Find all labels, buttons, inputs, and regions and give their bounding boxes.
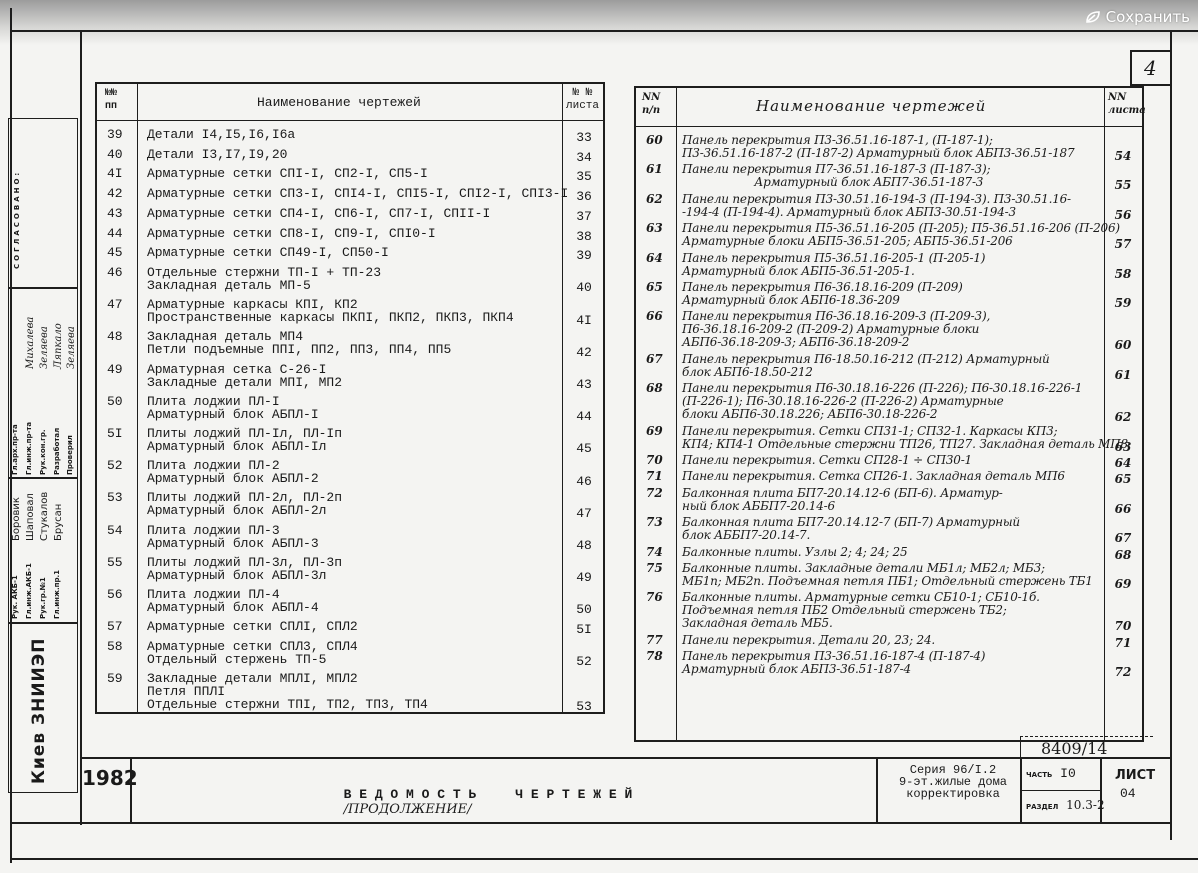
drawing-name-line: Закладная деталь МБ5.	[682, 617, 1040, 630]
sheet-number: 61	[1108, 369, 1138, 382]
drawing-name-line: Плита лоджии ПЛ-4	[147, 588, 319, 601]
drawing-name-line: Арматурные сетки СПI-I, СП2-I, СП5-I	[147, 167, 428, 180]
drawing-name: Плита лоджии ПЛ-3Арматурный блок АБПЛ-3	[147, 524, 319, 550]
drawing-name-line: блок АБП6-18.50-212	[682, 366, 1050, 379]
sheet-number: 65	[1108, 473, 1138, 486]
drawing-name: Плиты лоджий ПЛ-2л, ПЛ-2пАрматурный блок…	[147, 491, 342, 517]
drawing-name-line: Арматурные сетки СП8-I, СП9-I, СПI0-I	[147, 227, 436, 240]
row-number: 60	[646, 134, 663, 147]
row-number: 75	[646, 562, 663, 575]
sheet-value: 04	[1120, 786, 1136, 801]
sheet-corner-box: 4	[1130, 50, 1172, 86]
sheet-number: 62	[1108, 411, 1138, 424]
header-no: №№ пп	[105, 87, 117, 113]
drawing-name-line: ный блок АББП7-20.14-6	[682, 500, 1003, 513]
viewer-top-shade	[0, 0, 1198, 45]
row-number: 66	[646, 310, 663, 323]
sheet-number: 56	[1108, 209, 1138, 222]
drawing-name-line: Панель перекрытия П6-18.50.16-212 (П-212…	[682, 353, 1050, 366]
section-label: РАЗДЕЛ	[1026, 803, 1058, 811]
drawing-name-line: Отдельные стержни ТП-I + ТП-23	[147, 266, 381, 279]
sheet-number: 54	[1108, 150, 1138, 163]
drawing-name-line: Арматурные блоки АБП5-36.51-205; АБП5-36…	[682, 235, 1120, 248]
role-b-1: Гл.инж.пр-та	[25, 422, 33, 475]
drawing-name-line: Арматурный блок АБПЛ-3л	[147, 569, 342, 582]
part-cell: ЧАСТЬ I0	[1026, 766, 1076, 781]
row-number: 71	[646, 470, 663, 483]
divider	[876, 757, 878, 824]
row-number: 67	[646, 353, 663, 366]
sheet-number: 57	[1108, 238, 1138, 251]
row-number: 40	[107, 148, 123, 161]
header-sheet: NN листа	[1108, 91, 1146, 117]
sheet-number: 44	[569, 410, 599, 423]
drawing-name-line: Плита лоджии ПЛ-3	[147, 524, 319, 537]
drawing-name-line: Детали I3,I7,I9,20	[147, 148, 287, 161]
drawing-name-line: Закладные детали МПI, МП2	[147, 376, 342, 389]
sheet-number: 70	[1108, 620, 1138, 633]
drawing-name: Детали I4,I5,I6,I6a	[147, 128, 295, 141]
row-number: 46	[107, 266, 123, 279]
role-a-0: Рук. АКБ-1	[11, 575, 19, 619]
organization-cell: Киев ЗНИИЭП	[8, 623, 78, 793]
header-no: NN п/п	[642, 91, 660, 117]
sheet-number: 55	[1108, 179, 1138, 192]
drawing-name: Арматурные сетки СП49-I, СП50-I	[147, 246, 389, 259]
drawing-name: Панель перекрытия П3-36.51.16-187-4 (П-1…	[682, 650, 985, 676]
drawing-name: Арматурные сетки СПЛI, СПЛ2	[147, 620, 358, 633]
drawing-name-line: Арматурный блок АБПЛ-2	[147, 472, 319, 485]
role-b-3: Разработал	[53, 428, 61, 475]
drawing-name: Арматурные сетки СПЛ3, СПЛ4Отдельный сте…	[147, 640, 358, 666]
drawing-name: Плита лоджии ПЛ-IАрматурный блок АБПЛ-I	[147, 395, 319, 421]
agreed-label: СОГЛАСОВАНО:	[13, 170, 21, 269]
role-a-2: Рук.гр.№1	[39, 577, 47, 619]
drawing-name: Панели перекрытия. Сетка СП26-1. Закладн…	[682, 470, 1065, 483]
drawing-name-line: -194-4 (П-194-4). Арматурный блок АБП3-3…	[682, 206, 1071, 219]
drawing-name-line: Балконная плита БП7-20.14.12-6 (БП-6). А…	[682, 487, 1003, 500]
row-number: 44	[107, 227, 123, 240]
left-table-header: №№ пп Наименование чертежей № № листа	[97, 84, 603, 121]
row-number: 73	[646, 516, 663, 529]
drawing-name: Арматурные сетки СПI-I, СП2-I, СП5-I	[147, 167, 428, 180]
drawings-table-left: №№ пп Наименование чертежей № № листа 39…	[95, 82, 605, 714]
role-b-0: Гл.арх.пр-та	[11, 424, 19, 475]
agreed-cell: СОГЛАСОВАНО:	[8, 118, 78, 288]
sheet-corner-number: 4	[1144, 56, 1157, 80]
drawing-name-line: Петли подъемные ППI, ПП2, ПП3, ПП4, ПП5	[147, 343, 451, 356]
drawing-name-line: КП4; КП4-1 Отдельные стержни ТП26, ТП27.…	[682, 438, 1128, 451]
role-b-4: Проверил	[66, 435, 74, 475]
row-number: 52	[107, 459, 123, 472]
role-a-1: Гл.инж.АКБ-1	[25, 563, 33, 619]
drawing-name-line: Арматурный блок АБПЛ-I	[147, 408, 319, 421]
name-a-2: Стукалов	[39, 492, 50, 541]
row-number: 43	[107, 207, 123, 220]
approval-stamp: СОГЛАСОВАНО: Гл.арх.пр-та Гл.инж.пр-та Р…	[8, 118, 78, 798]
sheet-number: 71	[1108, 637, 1138, 650]
name-b-3: Ляпкало	[53, 323, 64, 369]
sheet-number: 4I	[569, 314, 599, 327]
row-number: 72	[646, 487, 663, 500]
drawing-name: Плиты лоджий ПЛ-Iл, ПЛ-IпАрматурный блок…	[147, 427, 342, 453]
drawing-name: Балконные плиты. Узлы 2; 4; 24; 25	[682, 546, 907, 559]
save-label: Сохранить	[1106, 8, 1190, 26]
row-number: 45	[107, 246, 123, 259]
drawing-name-line: Арматурная сетка С-26-I	[147, 363, 342, 376]
document-title: В Е Д О М О С Т Ь Ч Е Р Т Е Ж Е Й /ПРОДО…	[328, 772, 632, 817]
drawing-name-line: Панель перекрытия П5-36.51.16-205-1 (П-2…	[682, 252, 985, 265]
document-title-suffix: /ПРОДОЛЖЕНИЕ/	[344, 802, 472, 817]
header-name: Наименование чертежей	[756, 97, 986, 115]
drawing-name: Плита лоджии ПЛ-4Арматурный блок АБПЛ-4	[147, 588, 319, 614]
row-number: 5I	[107, 427, 123, 440]
organization-name: Киев ЗНИИЭП	[29, 638, 49, 784]
sheet-number: 34	[569, 151, 599, 164]
sheet-number: 59	[1108, 297, 1138, 310]
drawing-name: Плита лоджии ПЛ-2Арматурный блок АБПЛ-2	[147, 459, 319, 485]
drawing-name-line: МБ1п; МБ2п. Подъемная петля ПБ1; Отдельн…	[682, 575, 1093, 588]
sheet-number: 36	[569, 190, 599, 203]
drawing-name: Панели перекрытия П3-30.51.16-194-3 (П-1…	[682, 193, 1071, 219]
section-value: 10.3-2	[1066, 798, 1104, 812]
row-number: 59	[107, 672, 123, 685]
sheet-number: 58	[1108, 268, 1138, 281]
row-number: 4I	[107, 167, 123, 180]
drawing-name: Панели перекрытия П6-36.18.16-209-3 (П-2…	[682, 310, 990, 349]
drawing-name: Отдельные стержни ТП-I + ТП-23Закладная …	[147, 266, 381, 292]
drawing-name-line: Арматурный блок АБПЛ-4	[147, 601, 319, 614]
sheet-number: 63	[1108, 441, 1138, 454]
drawing-name-line: Арматурный блок АБП3-36.51-187-4	[682, 663, 985, 676]
sheet-number: 69	[1108, 578, 1138, 591]
drawings-table-right: NN п/п Наименование чертежей NN листа 60…	[634, 86, 1144, 742]
sheet-number: 68	[1108, 549, 1138, 562]
name-a-0: Боровик	[11, 497, 22, 541]
role-b-2: Рук.кон.гр.	[39, 430, 47, 476]
drawing-name-line: Панели перекрытия. Сетка СП26-1. Закладн…	[682, 470, 1065, 483]
drawing-name-line: Плита лоджии ПЛ-I	[147, 395, 319, 408]
row-number: 56	[107, 588, 123, 601]
row-number: 54	[107, 524, 123, 537]
cloud-leaf-icon	[1085, 9, 1101, 25]
sheet-number: 43	[569, 378, 599, 391]
row-number: 55	[107, 556, 123, 569]
sheet-number: 72	[1108, 666, 1138, 679]
sheet-number: 46	[569, 475, 599, 488]
drawing-name-line: Закладная деталь МП-5	[147, 279, 381, 292]
row-number: 64	[646, 252, 663, 265]
sheet-label: ЛИСТ	[1115, 768, 1155, 783]
right-table-header: NN п/п Наименование чертежей NN листа	[636, 88, 1142, 127]
sheet-number: 53	[569, 700, 599, 713]
row-number: 48	[107, 330, 123, 343]
drawing-name-line: Арматурный блок АБП5-36.51-205-1.	[682, 265, 985, 278]
row-number: 74	[646, 546, 663, 559]
drawing-name-line: П3-36.51.16-187-2 (П-187-2) Арматурный б…	[682, 147, 1074, 160]
drawing-name-line: Арматурные сетки СП49-I, СП50-I	[147, 246, 389, 259]
drawing-name-line: Панели перекрытия. Сетки СП31-1; СП32-1.…	[682, 425, 1128, 438]
sheet-number: 37	[569, 210, 599, 223]
sheet-number: 38	[569, 230, 599, 243]
sheet-number: 40	[569, 281, 599, 294]
drawing-name-line: блок АББП7-20.14-7.	[682, 529, 1020, 542]
row-number: 69	[646, 425, 663, 438]
drawing-name: Балконные плиты. Закладные детали МБ1л; …	[682, 562, 1093, 588]
sheet-number: 42	[569, 346, 599, 359]
drawing-name: Панели перекрытия П5-36.51.16-205 (П-205…	[682, 222, 1120, 248]
save-button[interactable]: Сохранить	[1085, 8, 1190, 26]
sheet-number: 48	[569, 539, 599, 552]
sheet-number: 66	[1108, 503, 1138, 516]
row-number: 53	[107, 491, 123, 504]
part-value: I0	[1060, 766, 1076, 781]
sheet-number: 5I	[569, 623, 599, 636]
divider	[1020, 790, 1100, 791]
drawing-name: Закладная деталь МП4Петли подъемные ППI,…	[147, 330, 451, 356]
drawing-name: Арматурная сетка С-26-IЗакладные детали …	[147, 363, 342, 389]
drawing-name-line: Арматурные сетки СПЛ3, СПЛ4	[147, 640, 358, 653]
drawing-name-line: Панели перекрытия П3-30.51.16-194-3 (П-1…	[682, 193, 1071, 206]
drawing-name: Плиты лоджий ПЛ-3л, ПЛ-3пАрматурный блок…	[147, 556, 342, 582]
drawing-name: Балконная плита БП7-20.14.12-7 (БП-7) Ар…	[682, 516, 1020, 542]
drawing-name-line: Плиты лоджий ПЛ-3л, ПЛ-3п	[147, 556, 342, 569]
row-number: 78	[646, 650, 663, 663]
drawing-name-line: блоки АБП6-30.18.226; АБП6-30.18-226-2	[682, 408, 1082, 421]
frame-top-line	[10, 30, 1198, 32]
row-number: 47	[107, 298, 123, 311]
row-number: 61	[646, 163, 663, 176]
drawing-name: Панели перекрытия. Сетки СП31-1; СП32-1.…	[682, 425, 1128, 451]
drawing-name-line: Отдельный стержень ТП-5	[147, 653, 358, 666]
drawing-name-line: АБП6-36.18-209-3; АБП6-36.18-209-2	[682, 336, 990, 349]
name-b-1: Михалева	[25, 317, 36, 369]
series-line-2: корректировка	[888, 788, 1018, 800]
sheet-number: 39	[569, 249, 599, 262]
role-a-3: Гл.инж.пр.1	[53, 570, 61, 619]
drawing-name: Арматурные сетки СП4-I, СП6-I, СП7-I, СП…	[147, 207, 490, 220]
sheet-number: 33	[569, 131, 599, 144]
sheet-number: 67	[1108, 532, 1138, 545]
sheet-number: 50	[569, 603, 599, 616]
row-number: 42	[107, 187, 123, 200]
drawing-name-line: Отдельные стержни ТПI, ТП2, ТП3, ТП4	[147, 698, 428, 711]
section-cell: РАЗДЕЛ 10.3-2	[1026, 798, 1105, 813]
frame-right-line	[1170, 30, 1172, 840]
sheet-number: 52	[569, 655, 599, 668]
name-a-1: Шаповал	[25, 493, 36, 541]
sheet-number: 35	[569, 170, 599, 183]
drawing-name-line: Арматурный блок АБПЛ-Iл	[147, 440, 342, 453]
series-info: Серия 96/I.2 9-эт.жилые дома корректиров…	[888, 764, 1018, 800]
drawing-name: Арматурные каркасы КПI, КП2Пространствен…	[147, 298, 514, 324]
drawing-name-line: Арматурный блок АБПЛ-3	[147, 537, 319, 550]
drawing-name: Балконная плита БП7-20.14.12-6 (БП-6). А…	[682, 487, 1003, 513]
part-label: ЧАСТЬ	[1026, 771, 1052, 779]
drawing-name: Детали I3,I7,I9,20	[147, 148, 287, 161]
drawing-name: Арматурные сетки СП8-I, СП9-I, СПI0-I	[147, 227, 436, 240]
row-number: 65	[646, 281, 663, 294]
drawing-name-line: Панели перекрытия. Детали 20, 23; 24.	[682, 634, 935, 647]
drawing-name-line: Балконные плиты. Узлы 2; 4; 24; 25	[682, 546, 907, 559]
drawing-name: Панель перекрытия П6-36.18.16-209 (П-209…	[682, 281, 963, 307]
drawing-name: Балконные плиты. Арматурные сетки СБ10-1…	[682, 591, 1040, 630]
drawing-name-line: Арматурные сетки СП4-I, СП6-I, СП7-I, СП…	[147, 207, 490, 220]
drawing-name: Панель перекрытия П3-36.51.16-187-1, (П-…	[682, 134, 1074, 160]
drawing-name-line: Арматурный блок АБП6-18.36-209	[682, 294, 963, 307]
row-number: 77	[646, 634, 663, 647]
sheet-number: 45	[569, 442, 599, 455]
sheet-number: 49	[569, 571, 599, 584]
row-number: 50	[107, 395, 123, 408]
row-number: 57	[107, 620, 123, 633]
row-number: 70	[646, 454, 663, 467]
sheet-number: 47	[569, 507, 599, 520]
inventory-number: 8409/14	[1041, 739, 1107, 758]
row-number: 58	[107, 640, 123, 653]
drawing-name-line: Пространственные каркасы ПКПI, ПКП2, ПКП…	[147, 311, 514, 324]
signatures-block-a: Рук. АКБ-1 Гл.инж.АКБ-1 Рук.гр.№1 Гл.инж…	[8, 478, 78, 623]
drawing-name-line: Арматурный блок АБП7-36.51-187-3	[682, 176, 990, 189]
sheet-number: 64	[1108, 457, 1138, 470]
drawing-name: Панели перекрытия. Детали 20, 23; 24.	[682, 634, 935, 647]
frame-outer-bottom-line	[10, 858, 1198, 860]
drawing-name: Панели перекрытия П6-30.18.16-226 (П-226…	[682, 382, 1082, 421]
drawing-name: Панели перекрытия. Сетки СП28-1 ÷ СП30-1	[682, 454, 972, 467]
drawing-name: Панели перекрытия П7-36.51.16-187-3 (П-1…	[682, 163, 990, 189]
inventory-number-box: 8409/14	[1020, 736, 1153, 759]
name-a-3: Брусан	[53, 504, 64, 541]
signatures-block-b: Гл.арх.пр-та Гл.инж.пр-та Рук.кон.гр. Ра…	[8, 288, 78, 478]
frame-inner-left-line	[80, 30, 82, 825]
document-title-main: В Е Д О М О С Т Ь Ч Е Р Т Е Ж Е Й	[344, 787, 633, 802]
drawing-name-line: Панели перекрытия. Сетки СП28-1 ÷ СП30-1	[682, 454, 972, 467]
name-b-2: Зеляева	[39, 326, 50, 369]
row-number: 49	[107, 363, 123, 376]
row-number: 68	[646, 382, 663, 395]
drawing-name-line: Арматурный блок АБПЛ-2л	[147, 504, 342, 517]
name-b-4: Зеляева	[66, 326, 77, 369]
drawing-name-line: Плиты лоджий ПЛ-Iл, ПЛ-Iп	[147, 427, 342, 440]
drawing-name-line: Арматурные сетки СП3-I, СПI4-I, СПI5-I, …	[147, 187, 568, 200]
row-number: 63	[646, 222, 663, 235]
drawing-name-line: Арматурные сетки СПЛI, СПЛ2	[147, 620, 358, 633]
drawing-name: Закладные детали МПЛI, МПЛ2Петля ППЛIОтд…	[147, 672, 428, 711]
drawing-name-line: Детали I4,I5,I6,I6a	[147, 128, 295, 141]
year: 1982	[82, 766, 138, 790]
header-name: Наименование чертежей	[257, 95, 421, 110]
row-number: 62	[646, 193, 663, 206]
drawing-name: Панель перекрытия П6-18.50.16-212 (П-212…	[682, 353, 1050, 379]
divider	[1100, 757, 1102, 824]
drawing-name: Панель перекрытия П5-36.51.16-205-1 (П-2…	[682, 252, 985, 278]
header-sheet: № № листа	[566, 87, 599, 113]
row-number: 39	[107, 128, 123, 141]
row-number: 76	[646, 591, 663, 604]
sheet-number: 60	[1108, 339, 1138, 352]
drawing-name: Арматурные сетки СП3-I, СПI4-I, СПI5-I, …	[147, 187, 568, 200]
